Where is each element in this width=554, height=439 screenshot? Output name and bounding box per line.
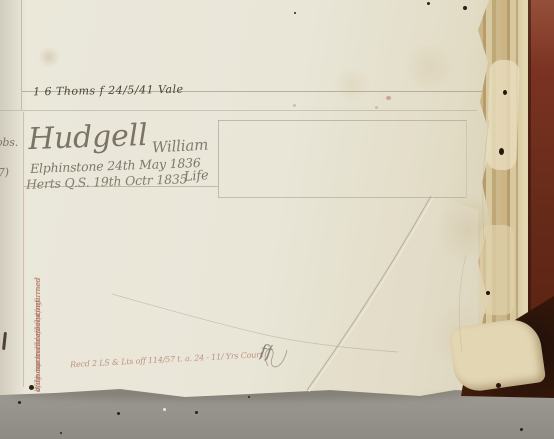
faint-ink-dot xyxy=(375,106,378,109)
margin-rule xyxy=(23,112,24,387)
surface-speck xyxy=(520,428,523,431)
margin-number-fragment: obs. xyxy=(0,136,18,149)
surface-speck xyxy=(163,408,166,411)
offence-description: Convicted for Stealing a Spade & Fork, C… xyxy=(221,121,483,123)
offence-line: Spade, prosecutor at Hertford, transport… xyxy=(221,121,429,122)
wormhole xyxy=(499,148,504,155)
convict-surname: Hudgell xyxy=(27,118,148,157)
ink-speck xyxy=(29,385,34,390)
ink-speck xyxy=(427,2,430,5)
paper-stain xyxy=(400,45,460,89)
offence-line: Prisoner had twice come connex'd with ba… xyxy=(221,121,427,122)
pencil-flourish: ff xyxy=(259,341,274,363)
ink-speck xyxy=(294,12,296,14)
paper-stain xyxy=(38,46,60,68)
offence-box-bottom xyxy=(218,197,466,198)
surface-speck xyxy=(60,432,62,434)
ink-speck xyxy=(463,6,467,10)
convict-forename: William xyxy=(152,136,209,157)
offence-box-right xyxy=(466,120,467,197)
surface-speck xyxy=(195,411,198,414)
offence-line: months, once for Stealing a parcel acqui… xyxy=(221,121,432,122)
offence-line: Received from this Office, Stealing a Ha… xyxy=(221,122,408,123)
ruled-line-vertical xyxy=(21,0,22,110)
wormhole xyxy=(496,383,501,388)
conduct-record-text: To be worked on the Public works by orde… xyxy=(26,195,476,201)
register-paper-leaf: 1 6 Thoms f 24/5/41 Vale obs. 7) Hudgell… xyxy=(0,0,492,400)
offence-box-left xyxy=(218,120,219,197)
offence-line: Stealing a Rabbit, 10 years ago, sentenc… xyxy=(221,121,459,123)
paper-stain xyxy=(330,70,374,100)
wormhole xyxy=(503,90,507,95)
ink-docket-top: 1 6 Thoms f 24/5/41 Vale xyxy=(33,83,184,99)
conduct-line: and disorderly conduct whilst in charge … xyxy=(26,195,462,201)
surface-speck xyxy=(248,396,250,398)
offence-line: 2 years & 4 months at the penitentiary, … xyxy=(221,121,441,123)
margin-number-fragment: 7) xyxy=(0,166,9,180)
surface-speck xyxy=(18,401,21,404)
offence-line: Convicted for Stealing a Spade & Fork, C… xyxy=(221,121,434,122)
ruled-line-second xyxy=(0,110,477,111)
offence-box-top xyxy=(218,120,466,121)
worn-paper-flap xyxy=(480,225,514,315)
margin-note-line: duly commenced & confirmed xyxy=(34,278,43,392)
sentence-term: Life xyxy=(184,168,209,185)
surface-speck xyxy=(117,412,120,415)
red-ink-mark xyxy=(386,96,391,100)
conduct-line: To be worked on the Public works by orde… xyxy=(26,195,474,201)
faint-ink-dot xyxy=(293,104,296,107)
conduct-line: be recommended not to be assigned in thi… xyxy=(26,195,468,201)
register-page-photograph: 1 6 Thoms f 24/5/41 Vale obs. 7) Hudgell… xyxy=(0,0,554,439)
wormhole xyxy=(486,291,490,295)
